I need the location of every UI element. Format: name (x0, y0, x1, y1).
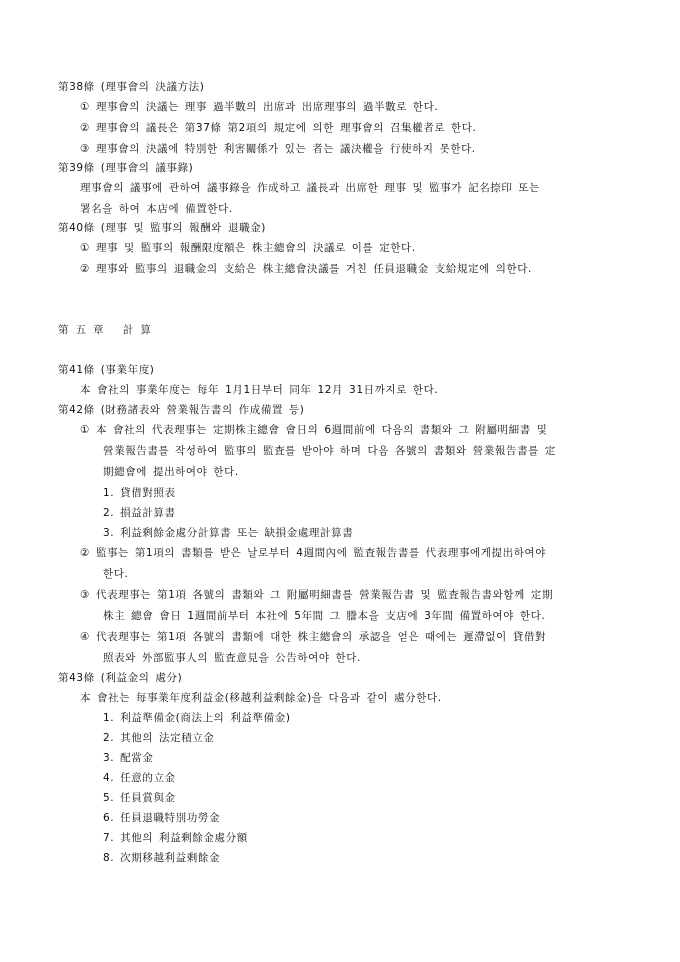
paragraph: 本 會社의 事業年度는 每年 1月1日부터 同年 12月 31日까지로 한다. (80, 383, 438, 397)
paragraph: 本 會社는 每事業年度利益金(移越利益剩餘金)을 다음과 같이 處分한다. (80, 691, 442, 705)
article-heading: 第42條 (財務諸表와 營業報告書의 作成備置 등) (58, 403, 304, 417)
paragraph: 한다. (103, 567, 128, 581)
article-heading: 第39條 (理事會의 議事錄) (58, 161, 193, 175)
list-item: 1. 貸借對照表 (103, 486, 176, 500)
list-item: 3. 配當金 (103, 751, 153, 765)
list-item: 1. 利益準備金(商法上의 利益準備金) (103, 711, 291, 725)
paragraph: 署名을 하여 本店에 備置한다. (80, 202, 233, 216)
paragraph: 照表와 外部監事人의 監査意見을 公告하여야 한다. (103, 651, 361, 665)
paragraph: 株主 總會 會日 1週間前부터 本社에 5年間 그 謄本을 支店에 3年間 備置… (103, 609, 545, 623)
paragraph: 營業報告書를 작성하여 監事의 監査를 받아야 하며 다음 各號의 書類와 營業… (103, 444, 556, 458)
article-heading: 第41條 (事業年度) (58, 363, 155, 377)
article-heading: 第43條 (利益金의 處分) (58, 671, 182, 685)
paragraph: ③ 理事會의 決議에 特別한 利害關係가 있는 者는 議決權을 行使하지 못한다… (80, 142, 476, 156)
list-item: 3. 利益剩餘金處分計算書 또는 缺損金處理計算書 (103, 526, 353, 540)
paragraph: ① 理事會의 決議는 理事 過半數의 出席과 出席理事의 過半數로 한다. (80, 100, 438, 114)
chapter-heading: 第五章 計算 (58, 323, 158, 337)
paragraph: ④ 代表理事는 第1項 各號의 書類에 대한 株主總會의 承認을 얻은 때에는 … (80, 630, 546, 644)
paragraph: ① 本 會社의 代表理事는 定期株主總會 會日의 6週間前에 다음의 書類와 그… (80, 423, 548, 437)
paragraph: ② 理事會의 議長은 第37條 第2項의 規定에 의한 理事會의 召集權者로 한… (80, 121, 476, 135)
paragraph: ② 監事는 第1項의 書類를 받은 날로부터 4週間內에 監査報告書를 代表理事… (80, 546, 546, 560)
article-heading: 第38條 (理事會의 決議方法) (58, 80, 204, 94)
paragraph: ① 理事 및 監事의 報酬限度額은 株主總會의 決議로 이를 定한다. (80, 241, 416, 255)
list-item: 2. 損益計算書 (103, 506, 176, 520)
article-heading: 第40條 (理事 및 監事의 報酬와 退職金) (58, 221, 266, 235)
paragraph: ② 理事와 監事의 退職金의 支給은 株主總會決議를 거친 任員退職金 支給規定… (80, 262, 532, 276)
list-item: 6. 任員退職特別功勞金 (103, 811, 220, 825)
paragraph: 期總會에 提出하여야 한다. (103, 465, 239, 479)
paragraph: 理事會의 議事에 관하여 議事錄을 作成하고 議長과 出席한 理事 및 監事가 … (80, 181, 540, 195)
list-item: 7. 其他의 利益剩餘金處分額 (103, 831, 248, 845)
list-item: 4. 任意的立金 (103, 771, 176, 785)
list-item: 2. 其他의 法定積立金 (103, 731, 215, 745)
paragraph: ③ 代表理事는 第1項 各號의 書類와 그 附屬明細書를 營業報告書 및 監査報… (80, 588, 553, 602)
list-item: 5. 任員賞與金 (103, 791, 176, 805)
document-page: 第38條 (理事會의 決議方法)① 理事會의 決議는 理事 過半數의 出席과 出… (0, 0, 680, 962)
list-item: 8. 次期移越利益剩餘金 (103, 851, 220, 865)
